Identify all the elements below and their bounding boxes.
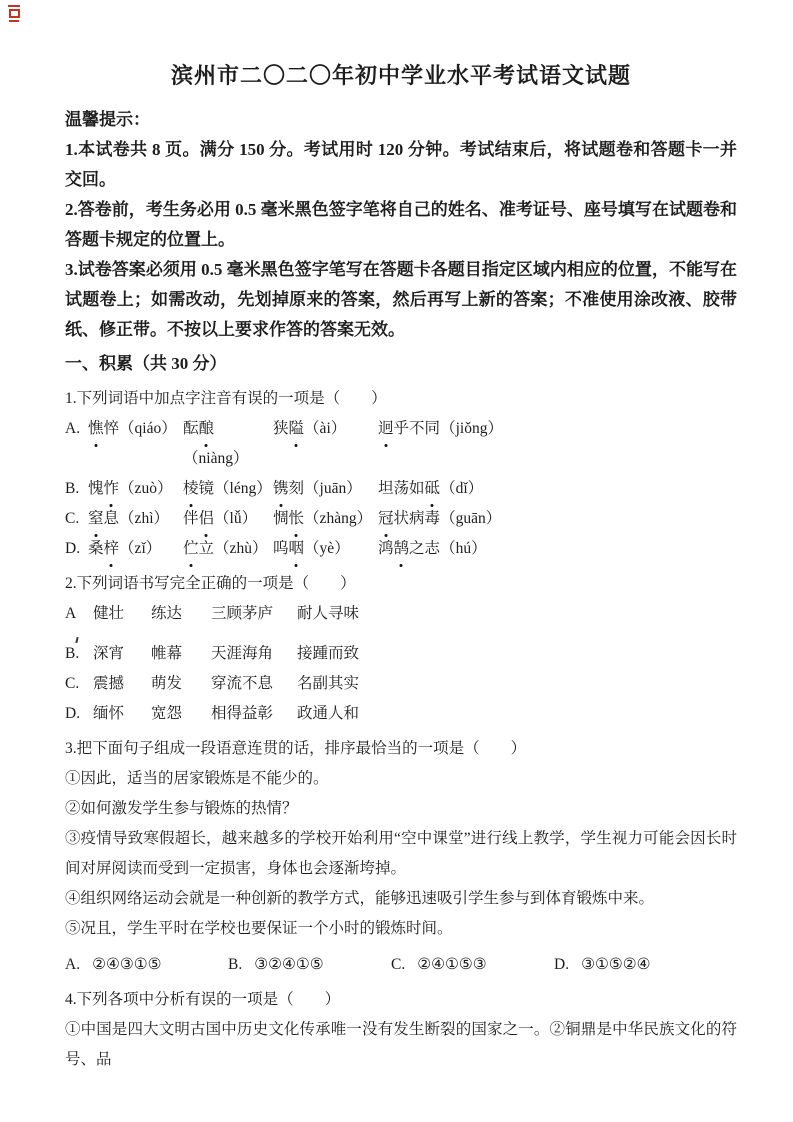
q1-word: 伫立（zhù） — [183, 534, 273, 564]
q1-word: 狭隘（ài） — [273, 414, 378, 474]
q2-word: 练达 — [151, 599, 211, 629]
q1-word: 坦荡如砥（dǐ） — [378, 474, 737, 504]
q2-word: 帷幕 — [151, 639, 211, 669]
q2-option-c-label: C. — [65, 669, 93, 699]
q2-word: 萌发 — [151, 669, 211, 699]
q2-word: 健壮 — [93, 599, 151, 629]
q1-word: 呜咽（yè） — [273, 534, 378, 564]
q2-word: 相得益彰 — [211, 699, 297, 729]
q2-word: 缅怀 — [93, 699, 151, 729]
q1-word: 棱镜（léng） — [183, 474, 273, 504]
q1-word: 迥乎不同（jiǒng） — [378, 414, 737, 474]
q2-options: A 健壮 练达 三顾茅庐 耐人寻味 B. 深宵 帷幕 天涯海角 接踵而致 C. … — [65, 599, 737, 729]
q2-word: 名副其实 — [297, 669, 737, 699]
q1-option-b-label: B. — [65, 474, 88, 504]
q1-stem: 1.下列词语中加点字注音有误的一项是（ ） — [65, 384, 737, 414]
q1-option-a: A. 憔悴（qiáo） 酝酿（niàng） 狭隘（ài） 迥乎不同（jiǒng） — [65, 414, 737, 474]
section-heading: 一、积累（共 30 分） — [65, 348, 737, 379]
q1-word: 桑梓（zǐ） — [88, 534, 183, 564]
q2-word: 宽怨 — [151, 699, 211, 729]
q3-sentence-1: ①因此，适当的居家锻炼是不能少的。 — [65, 764, 737, 794]
page-title: 滨州市二〇二〇年初中学业水平考试语文试题 — [65, 58, 737, 94]
red-corner-watermark — [8, 5, 21, 19]
q4-body: ①中国是四大文明古国中历史文化传承唯一没有发生断裂的国家之一。②铜鼎是中华民族文… — [65, 1015, 737, 1075]
q1-word: 酝酿（niàng） — [183, 414, 273, 474]
q3-choice-b-label: B. — [228, 956, 242, 973]
q1-word: 伴侣（lǚ） — [183, 504, 273, 534]
q3-sentence-5: ⑤况且，学生平时在学校也要保证一个小时的锻炼时间。 — [65, 914, 737, 944]
q1-options: A. 憔悴（qiáo） 酝酿（niàng） 狭隘（ài） 迥乎不同（jiǒng）… — [65, 414, 737, 564]
q1-word: 憔悴（qiáo） — [88, 414, 183, 474]
q3-sentence-4: ④组织网络运动会就是一种创新的教学方式，能够迅速吸引学生参与到体育锻炼中来。 — [65, 884, 737, 914]
q3-sentence-2: ②如何激发学生参与锻炼的热情？ — [65, 794, 737, 824]
q2-word: 接踵而致 — [297, 639, 737, 669]
q2-option-b: B. 深宵 帷幕 天涯海角 接踵而致 — [65, 639, 737, 669]
q2-option-a: A 健壮 练达 三顾茅庐 耐人寻味 — [65, 599, 737, 629]
q1-option-d-label: D. — [65, 534, 88, 564]
q1-option-b: B. 愧怍（zuò） 棱镜（léng） 镌刻（juān） 坦荡如砥（dǐ） — [65, 474, 737, 504]
notice-section: 温馨提示： 1.本试卷共 8 页。满分 150 分。考试用时 120 分钟。考试… — [65, 105, 737, 345]
q2-word: 耐人寻味 — [297, 599, 737, 629]
q1-word: 窒息（zhì） — [88, 504, 183, 534]
q1-word: 镌刻（juān） — [273, 474, 378, 504]
q2-word: 政通人和 — [297, 699, 737, 729]
q2-option-c: C. 震撼 萌发 穿流不息 名副其实 — [65, 669, 737, 699]
q1-word: 惆怅（zhàng） — [273, 504, 378, 534]
q1-option-a-label: A. — [65, 414, 88, 474]
q1-word: 愧怍（zuò） — [88, 474, 183, 504]
q2-option-d-label: D. — [65, 699, 93, 729]
q1-option-c: C. 窒息（zhì） 伴侣（lǚ） 惆怅（zhàng） 冠状病毒（guān） — [65, 504, 737, 534]
q3-choice-a-value: ②④③①⑤ — [92, 956, 161, 973]
notice-item-2: 2.答卷前，考生务必用 0.5 毫米黑色签字笔将自己的姓名、准考证号、座号填写在… — [65, 195, 737, 255]
q2-word: 三顾茅庐 — [211, 599, 297, 629]
q1-word: 冠状病毒（guān） — [378, 504, 737, 534]
notice-item-3: 3.试卷答案必须用 0.5 毫米黑色签字笔写在答题卡各题目指定区域内相应的位置，… — [65, 255, 737, 345]
q1-option-c-label: C. — [65, 504, 88, 534]
notice-heading: 温馨提示： — [65, 105, 737, 135]
q1-option-d: D. 桑梓（zǐ） 伫立（zhù） 呜咽（yè） 鸿鹄之志（hú） — [65, 534, 737, 564]
q3-stem: 3.把下面句子组成一段语意连贯的话，排序最恰当的一项是（ ） — [65, 734, 737, 764]
exam-page: 滨州市二〇二〇年初中学业水平考试语文试题 温馨提示： 1.本试卷共 8 页。满分… — [0, 0, 793, 1122]
q2-word: 天涯海角 — [211, 639, 297, 669]
notice-item-1: 1.本试卷共 8 页。满分 150 分。考试用时 120 分钟。考试结束后，将试… — [65, 135, 737, 195]
q3-choice-d: D.③①⑤②④ — [554, 950, 651, 980]
q2-word: 震撼 — [93, 669, 151, 699]
q2-stem: 2.下列词语书写完全正确的一项是（ ） — [65, 569, 737, 599]
q2-option-b-label: B. — [65, 639, 93, 669]
q3-choices: A.②④③①⑤ B.③②④①⑤ C.②④①⑤③ D.③①⑤②④ — [65, 950, 737, 980]
q3-choice-d-value: ③①⑤②④ — [581, 956, 650, 973]
q2-word: 深宵 — [93, 639, 151, 669]
q3-sentence-3: ③疫情导致寒假超长，越来越多的学校开始利用“空中课堂”进行线上教学，学生视力可能… — [65, 824, 737, 884]
q1-word: 鸿鹄之志（hú） — [378, 534, 737, 564]
q2-word: 穿流不息 — [211, 669, 297, 699]
q2-option-d: D. 缅怀 宽怨 相得益彰 政通人和 — [65, 699, 737, 729]
q3-choice-b: B.③②④①⑤ — [228, 950, 391, 980]
q2-option-a-label: A — [65, 599, 93, 629]
q3-choice-a: A.②④③①⑤ — [65, 950, 228, 980]
q3-choice-c: C.②④①⑤③ — [391, 950, 554, 980]
q4-stem: 4.下列各项中分析有误的一项是（ ） — [65, 985, 737, 1015]
q3-choice-c-value: ②④①⑤③ — [417, 956, 486, 973]
q3-choice-d-label: D. — [554, 956, 569, 973]
q3-choice-c-label: C. — [391, 956, 405, 973]
q3-choice-a-label: A. — [65, 956, 80, 973]
q3-choice-b-value: ③②④①⑤ — [254, 956, 323, 973]
